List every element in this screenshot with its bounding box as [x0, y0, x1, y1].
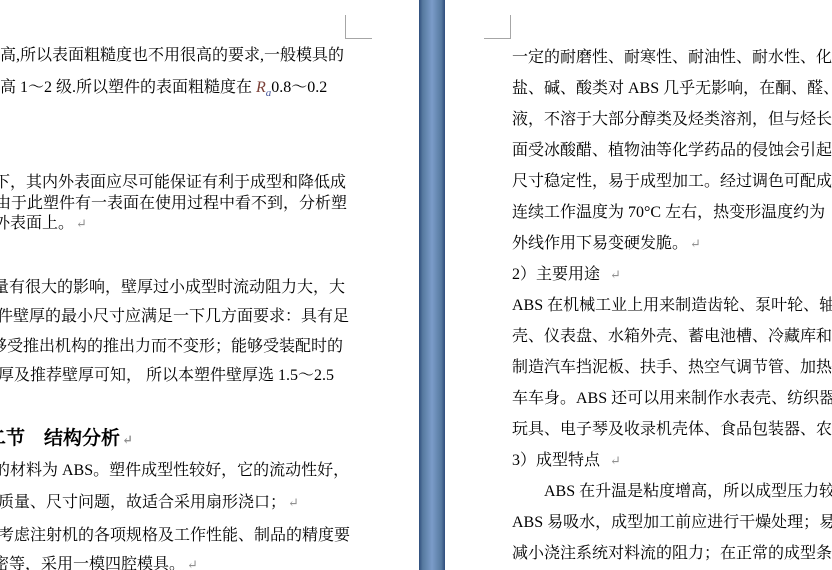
text-segment: 连续工作温度为 70°C 左右，热变形温度约为	[512, 204, 825, 221]
text-line: 厚及推荐壁厚可知， 所以本塑件壁厚选 1.5～2.5	[0, 366, 334, 385]
formula-fr: R	[256, 79, 266, 96]
text-line: 件壁厚的最小尺寸应满足一下几方面要求：具有足	[0, 307, 349, 326]
text-line: 的材料为 ABS。塑件成型性较好，它的流动性好，	[0, 461, 349, 480]
left-page[interactable]: 高,所以表面粗糙度也不用很高的要求,一般模具的高 1～2 级.所以塑件的表面粗糙…	[0, 0, 419, 570]
text-line: 由于此塑件有一表面在使用过程中看不到，分析塑	[0, 194, 347, 213]
text-segment: 一定的耐磨性、耐寒性、耐油性、耐水性、化	[512, 49, 832, 66]
text-segment: 盐、碱、酸类对 ABS 几乎无影响，在酮、醛、	[512, 80, 832, 97]
text-line: 外表面上。↵	[0, 214, 87, 233]
text-line: 考虑注射机的各项规格及工作性能、制品的精度要	[0, 526, 350, 545]
text-line: 减小浇注系统对料流的阻力；在正常的成型条	[512, 544, 832, 563]
text-segment: ABS 易吸水，成型加工前应进行干燥处理；易	[512, 514, 832, 531]
text-segment: 外线作用下易变硬发脆。	[512, 235, 688, 252]
text-boundary-mark-right-page	[484, 15, 511, 39]
text-segment: 制造汽车挡泥板、扶手、热空气调节管、加热	[512, 359, 832, 376]
text-segment: 玩具、电子琴及收录机壳体、食品包装器、农	[512, 421, 832, 438]
text-segment: ABS 在机械工业上用来制造齿轮、泵叶轮、轴	[512, 297, 832, 314]
text-segment: 外表面上。	[0, 215, 74, 232]
text-line: 盐、碱、酸类对 ABS 几乎无影响，在酮、醛、	[512, 79, 832, 98]
text-segment: ABS 在升温是粘度增高，所以成型压力较	[512, 483, 832, 500]
text-segment: 二节 结构分析	[0, 428, 120, 449]
paragraph-mark-icon: ↵	[185, 557, 198, 570]
text-line: 液，不溶于大部分醇类及烃类溶剂，但与烃长	[512, 110, 832, 129]
paragraph-mark-icon: ↵	[74, 216, 87, 231]
text-line: 2）主要用途 ↵	[512, 265, 621, 284]
text-line: 3）成型特点 ↵	[512, 451, 621, 470]
text-line: 车车身。ABS 还可以用来制作水表壳、纺织器	[512, 389, 832, 408]
text-line: 面受冰酸醋、植物油等化学药品的侵蚀会引起	[512, 141, 832, 160]
text-segment: 尺寸稳定性，易于成型加工。经过调色可配成任	[512, 173, 832, 190]
paragraph-mark-icon: ↵	[120, 432, 133, 447]
text-line: 玩具、电子琴及收录机壳体、食品包装器、农	[512, 420, 832, 439]
text-segment: 减小浇注系统对料流的阻力；在正常的成型条	[512, 545, 832, 562]
text-segment: 面受冰酸醋、植物油等化学药品的侵蚀会引起	[512, 142, 832, 159]
text-segment: 2）主要用途	[512, 266, 608, 283]
text-segment: 壳、仪表盘、水箱外壳、蓄电池槽、冷藏库和	[512, 328, 832, 345]
right-page[interactable]: 一定的耐磨性、耐寒性、耐油性、耐水性、化盐、碱、酸类对 ABS 几乎无影响，在酮…	[445, 0, 832, 570]
text-segment: 高 1～2 级.所以塑件的表面粗糙度在	[0, 79, 256, 96]
text-segment: 质量、尺寸问题，故适合采用扇形浇口；	[0, 494, 286, 511]
text-line: 壳、仪表盘、水箱外壳、蓄电池槽、冷藏库和	[512, 327, 832, 346]
text-line: 制造汽车挡泥板、扶手、热空气调节管、加热	[512, 358, 832, 377]
text-segment: 高,所以表面粗糙度也不用很高的要求,一般模具的	[0, 47, 344, 64]
text-line: 高 1～2 级.所以塑件的表面粗糙度在 Ra0.8～0.2	[0, 78, 327, 103]
text-segment: 由于此塑件有一表面在使用过程中看不到，分析塑	[0, 195, 347, 212]
text-line: 尺寸稳定性，易于成型加工。经过调色可配成任	[512, 172, 832, 191]
text-line: 够受推出机构的推出力而不变形；能够受装配时的	[0, 337, 343, 356]
paragraph-mark-icon: ↵	[608, 267, 621, 282]
text-boundary-mark-left-page	[345, 15, 372, 39]
text-segment: 量有很大的影响，壁厚过小成型时流动阻力大，大	[0, 279, 345, 296]
text-segment: 密等，采用一模四腔模具。	[0, 556, 185, 570]
text-segment: 下，其内外表面应尽可能保证有利于成型和降低成	[0, 174, 346, 191]
text-line: 质量、尺寸问题，故适合采用扇形浇口；↵	[0, 493, 299, 512]
text-line: ABS 在机械工业上用来制造齿轮、泵叶轮、轴	[512, 296, 832, 315]
text-line: 一定的耐磨性、耐寒性、耐油性、耐水性、化	[512, 48, 832, 67]
page-gap-divider	[419, 0, 445, 570]
text-segment: 考虑注射机的各项规格及工作性能、制品的精度要	[0, 527, 350, 544]
text-line: ABS 在升温是粘度增高，所以成型压力较	[512, 482, 832, 501]
text-line: 量有很大的影响，壁厚过小成型时流动阻力大，大	[0, 278, 345, 297]
text-segment: 液，不溶于大部分醇类及烃类溶剂，但与烃长	[512, 111, 832, 128]
text-line: 连续工作温度为 70°C 左右，热变形温度约为	[512, 203, 825, 222]
paragraph-mark-icon: ↵	[608, 453, 621, 468]
text-segment: 件壁厚的最小尺寸应满足一下几方面要求：具有足	[0, 308, 349, 325]
text-segment: 厚及推荐壁厚可知， 所以本塑件壁厚选 1.5～2.5	[0, 367, 334, 384]
paragraph-mark-icon: ↵	[688, 236, 701, 251]
section-heading: 二节 结构分析↵	[0, 428, 133, 451]
text-segment: 的材料为 ABS。塑件成型性较好，它的流动性好，	[0, 462, 349, 479]
word-document-canvas: { "document": { "pilcrow_char": "↵", "co…	[0, 0, 832, 570]
text-segment: 0.8～0.2	[271, 79, 327, 96]
text-line: 密等，采用一模四腔模具。↵	[0, 555, 198, 570]
text-segment: 3）成型特点	[512, 452, 608, 469]
text-segment: 车车身。ABS 还可以用来制作水表壳、纺织器	[512, 390, 832, 407]
text-line: 外线作用下易变硬发脆。↵	[512, 234, 701, 253]
text-segment: 够受推出机构的推出力而不变形；能够受装配时的	[0, 338, 343, 355]
text-line: ABS 易吸水，成型加工前应进行干燥处理；易	[512, 513, 832, 532]
text-line: 高,所以表面粗糙度也不用很高的要求,一般模具的	[0, 46, 344, 65]
text-line: 下，其内外表面应尽可能保证有利于成型和降低成	[0, 173, 346, 192]
paragraph-mark-icon: ↵	[286, 495, 299, 510]
